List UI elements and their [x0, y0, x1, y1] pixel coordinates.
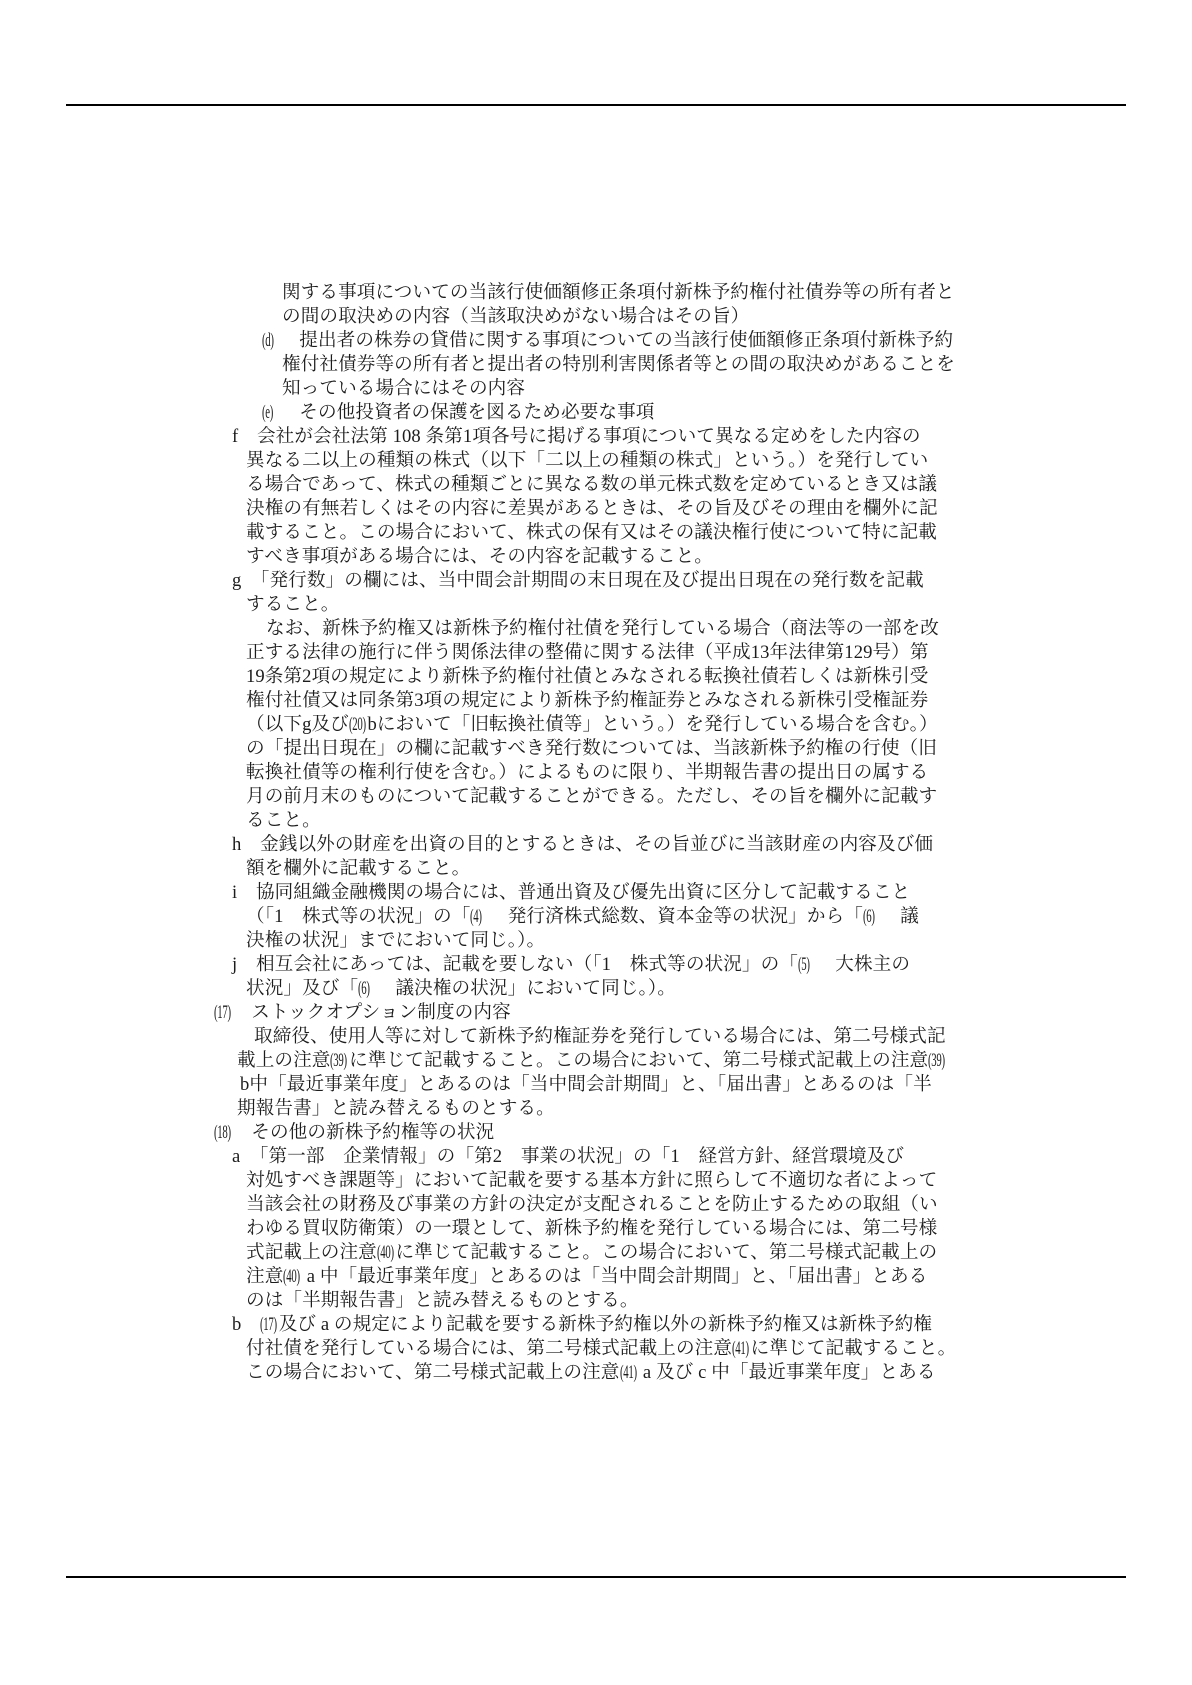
text-line: 当該会社の財務及び事業の方針の決定が支配されることを防止するための取組（い — [0, 1193, 1192, 1217]
document-body: 関する事項についての当該行使価額修正条項付新株予約権付社債券等の所有者との間の取… — [0, 281, 1192, 1385]
text-line: h 金銭以外の財産を出資の目的とするときは、その旨並びに当該財産の内容及び価 — [0, 833, 1192, 857]
text-line: 関する事項についての当該行使価額修正条項付新株予約権付社債券等の所有者と — [0, 281, 1192, 305]
text-line: 権付社債又は同条第3項の規定により新株予約権証券とみなされる新株引受権証券 — [0, 689, 1192, 713]
text-line: すべき事項がある場合には、その内容を記載すること。 — [0, 545, 1192, 569]
text-line: 正する法律の施行に伴う関係法律の整備に関する法律（平成13年法律第129号）第 — [0, 641, 1192, 665]
text-line: 異なる二以上の種類の株式（以下「二以上の種類の株式」という。）を発行してい — [0, 449, 1192, 473]
text-line: すること。 — [0, 593, 1192, 617]
text-line: j 相互会社にあっては、記載を要しない（「1 株式等の状況」の「(5) 大株主の — [0, 953, 1192, 977]
text-line: 額を欄外に記載すること。 — [0, 857, 1192, 881]
text-line: 注意(40) a 中「最近事業年度」とあるのは「当中間会計期間」と、「届出書」と… — [0, 1265, 1192, 1289]
text-line: わゆる買収防衛策）の一環として、新株予約権を発行している場合には、第二号様 — [0, 1217, 1192, 1241]
text-line: の「提出日現在」の欄に記載すべき発行数については、当該新株予約権の行使（旧 — [0, 737, 1192, 761]
text-line: g 「発行数」の欄には、当中間会計期間の末日現在及び提出日現在の発行数を記載 — [0, 569, 1192, 593]
text-line: る場合であって、株式の種類ごとに異なる数の単元株式数を定めているとき又は議 — [0, 473, 1192, 497]
text-line: のは「半期報告書」と読み替えるものとする。 — [0, 1289, 1192, 1313]
text-line: (18) その他の新株予約権等の状況 — [0, 1121, 1192, 1145]
text-line: 載すること。この場合において、株式の保有又はその議決権行使について特に記載 — [0, 521, 1192, 545]
text-line: f 会社が会社法第 108 条第1項各号に掲げる事項について異なる定めをした内容… — [0, 425, 1192, 449]
text-line: (d) 提出者の株券の貸借に関する事項についての当該行使価額修正条項付新株予約 — [0, 329, 1192, 353]
note-number: (d) — [262, 329, 273, 353]
note-number: (5) — [798, 953, 809, 977]
text-line: 対処すべき課題等」において記載を要する基本方針に照らして不適切な者によって — [0, 1169, 1192, 1193]
text-line: 決権の有無若しくはその内容に差異があるときは、その旨及びその理由を欄外に記 — [0, 497, 1192, 521]
text-line: 転換社債等の権利行使を含む。）によるものに限り、半期報告書の提出日の属する — [0, 761, 1192, 785]
text-line: なお、新株予約権又は新株予約権付社債を発行している場合（商法等の一部を改 — [0, 617, 1192, 641]
text-line: （以下g及び(20)bにおいて「旧転換社債等」という。）を発行している場合を含む… — [0, 713, 1192, 737]
text-line: i 協同組織金融機関の場合には、普通出資及び優先出資に区分して記載すること — [0, 881, 1192, 905]
bottom-rule — [66, 1576, 1126, 1578]
text-line: 状況」及び「(6) 議決権の状況」において同じ。）。 — [0, 977, 1192, 1001]
text-line: (e) その他投資者の保護を図るため必要な事項 — [0, 401, 1192, 425]
text-line: 19条第2項の規定により新株予約権付社債とみなされる転換社債若しくは新株引受 — [0, 665, 1192, 689]
text-line: ること。 — [0, 809, 1192, 833]
note-number: (41) — [732, 1337, 743, 1361]
note-number: (39) — [928, 1049, 939, 1073]
text-line: 月の前月末のものについて記載することができる。ただし、その旨を欄外に記載す — [0, 785, 1192, 809]
note-number: (41) — [620, 1361, 631, 1385]
note-number: (6) — [358, 977, 369, 1001]
note-number: (20) — [349, 713, 360, 737]
text-line: a 「第一部 企業情報」の「第2 事業の状況」の「1 経営方針、経営環境及び — [0, 1145, 1192, 1169]
text-line: (17) ストックオプション制度の内容 — [0, 1001, 1192, 1025]
text-line: 知っている場合にはその内容 — [0, 377, 1192, 401]
note-number: (17) — [260, 1313, 271, 1337]
text-line: 期報告書」と読み替えるものとする。 — [0, 1097, 1192, 1121]
text-line: 決権の状況」までにおいて同じ。）。 — [0, 929, 1192, 953]
note-number: (40) — [283, 1265, 294, 1289]
note-number: (18) — [214, 1121, 225, 1145]
text-line: （「1 株式等の状況」の「(4) 発行済株式総数、資本金等の状況」から「(6) … — [0, 905, 1192, 929]
text-line: この場合において、第二号様式記載上の注意(41) a 及び c 中「最近事業年度… — [0, 1361, 1192, 1385]
text-line: 載上の注意(39)に準じて記載すること。この場合において、第二号様式記載上の注意… — [0, 1049, 1192, 1073]
note-number: (6) — [863, 905, 874, 929]
text-line: b (17)及び a の規定により記載を要する新株予約権以外の新株予約権又は新株… — [0, 1313, 1192, 1337]
text-line: 取締役、使用人等に対して新株予約権証券を発行している場合には、第二号様式記 — [0, 1025, 1192, 1049]
note-number: (e) — [262, 401, 273, 425]
note-number: (39) — [330, 1049, 341, 1073]
document-page: 関する事項についての当該行使価額修正条項付新株予約権付社債券等の所有者との間の取… — [0, 0, 1192, 1685]
top-rule — [66, 104, 1126, 106]
note-number: (4) — [470, 905, 481, 929]
note-number: (17) — [214, 1001, 225, 1025]
note-number: (40) — [377, 1241, 388, 1265]
text-line: b中「最近事業年度」とあるのは「当中間会計期間」と、「届出書」とあるのは「半 — [0, 1073, 1192, 1097]
text-line: 付社債を発行している場合には、第二号様式記載上の注意(41)に準じて記載すること… — [0, 1337, 1192, 1361]
text-line: 権付社債券等の所有者と提出者の特別利害関係者等との間の取決めがあることを — [0, 353, 1192, 377]
text-line: 式記載上の注意(40)に準じて記載すること。この場合において、第二号様式記載上の — [0, 1241, 1192, 1265]
text-line: の間の取決めの内容（当該取決めがない場合はその旨） — [0, 305, 1192, 329]
